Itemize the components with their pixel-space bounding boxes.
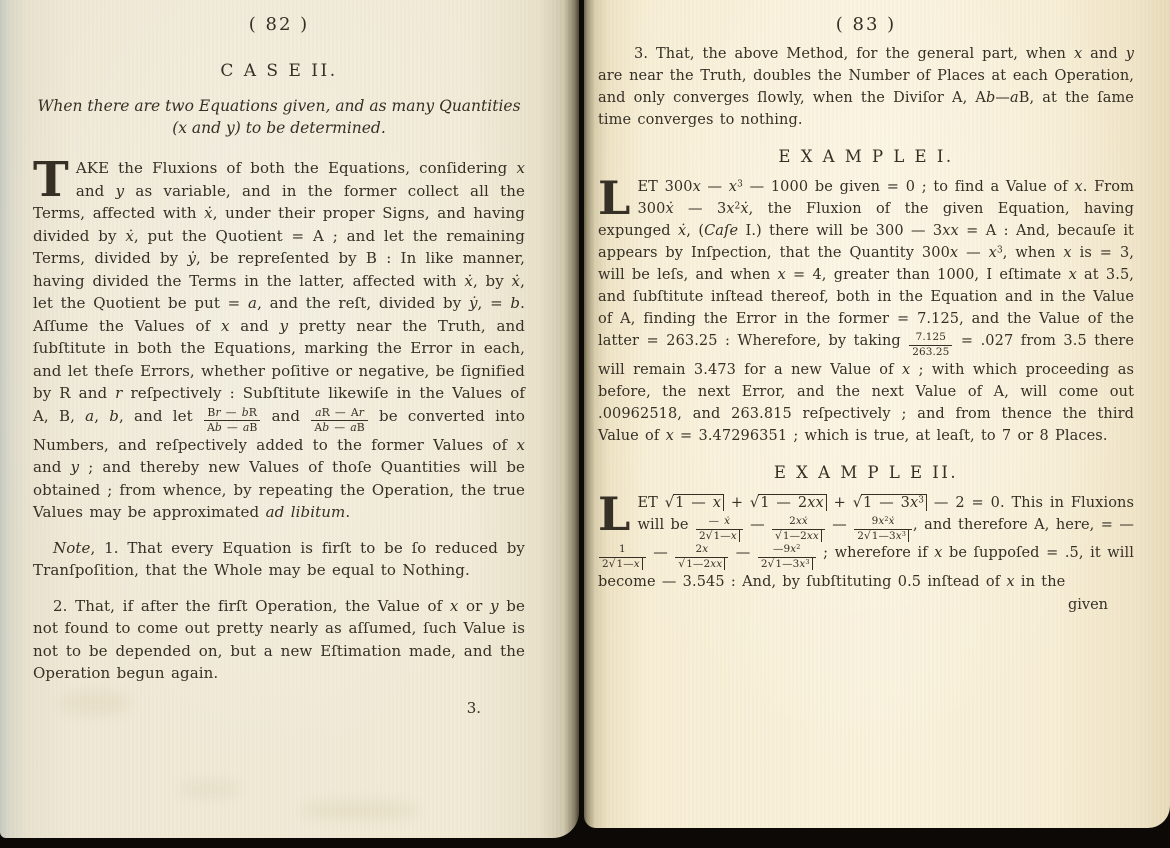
case-subtitle: When there are two Equations given, and … <box>33 95 525 139</box>
paragraph-example-2-text: ET √1 — x + √1 — 2xx + √1 — 3x3 — 2 = 0.… <box>598 495 1134 590</box>
drop-cap-L2: L <box>598 492 637 532</box>
catchword-left: 3. <box>33 699 525 717</box>
paragraph-note-1: Note, 1. That every Equation is firſt to… <box>33 537 525 582</box>
right-folio: ( 83 ) <box>598 14 1134 35</box>
case-subtitle-line2: (x and y) to be determined. <box>33 117 525 139</box>
paper-stain <box>300 800 420 820</box>
paragraph-note-3: 3. That, the above Method, for the gener… <box>598 43 1134 131</box>
book-spread: ( 82 ) C A S E II. When there are two Eq… <box>0 0 1170 848</box>
right-page-content: ( 83 ) 3. That, the above Method, for th… <box>598 14 1134 613</box>
drop-cap-L1: L <box>598 176 637 216</box>
right-page: ( 83 ) 3. That, the above Method, for th… <box>584 0 1170 828</box>
catchword-right: given <box>598 597 1134 613</box>
paragraph-example-1: LET 300x — x3 — 1000 be given = 0 ; to f… <box>598 176 1134 447</box>
example2-heading: E X A M P L E II. <box>598 463 1134 482</box>
drop-cap-T: T <box>33 157 76 199</box>
case-heading: C A S E II. <box>33 61 525 81</box>
paragraph-example-2: LET √1 — x + √1 — 2xx + √1 — 3x3 — 2 = 0… <box>598 492 1134 593</box>
paragraph-take-fluxions: TAKE the Fluxions of both the Equations,… <box>33 157 525 524</box>
paper-stain <box>180 780 240 798</box>
case-subtitle-line1: When there are two Equations given, and … <box>33 95 525 117</box>
left-folio: ( 82 ) <box>33 14 525 35</box>
paragraph-take-fluxions-text: AKE the Fluxions of both the Equations, … <box>33 159 525 521</box>
paragraph-example-1-text: ET 300x — x3 — 1000 be given = 0 ; to fi… <box>598 179 1134 444</box>
example1-heading: E X A M P L E I. <box>598 147 1134 166</box>
left-page-content: ( 82 ) C A S E II. When there are two Eq… <box>33 14 525 717</box>
left-page: ( 82 ) C A S E II. When there are two Eq… <box>0 0 579 838</box>
paragraph-note-2: 2. That, if after the firſt Operation, t… <box>33 595 525 685</box>
